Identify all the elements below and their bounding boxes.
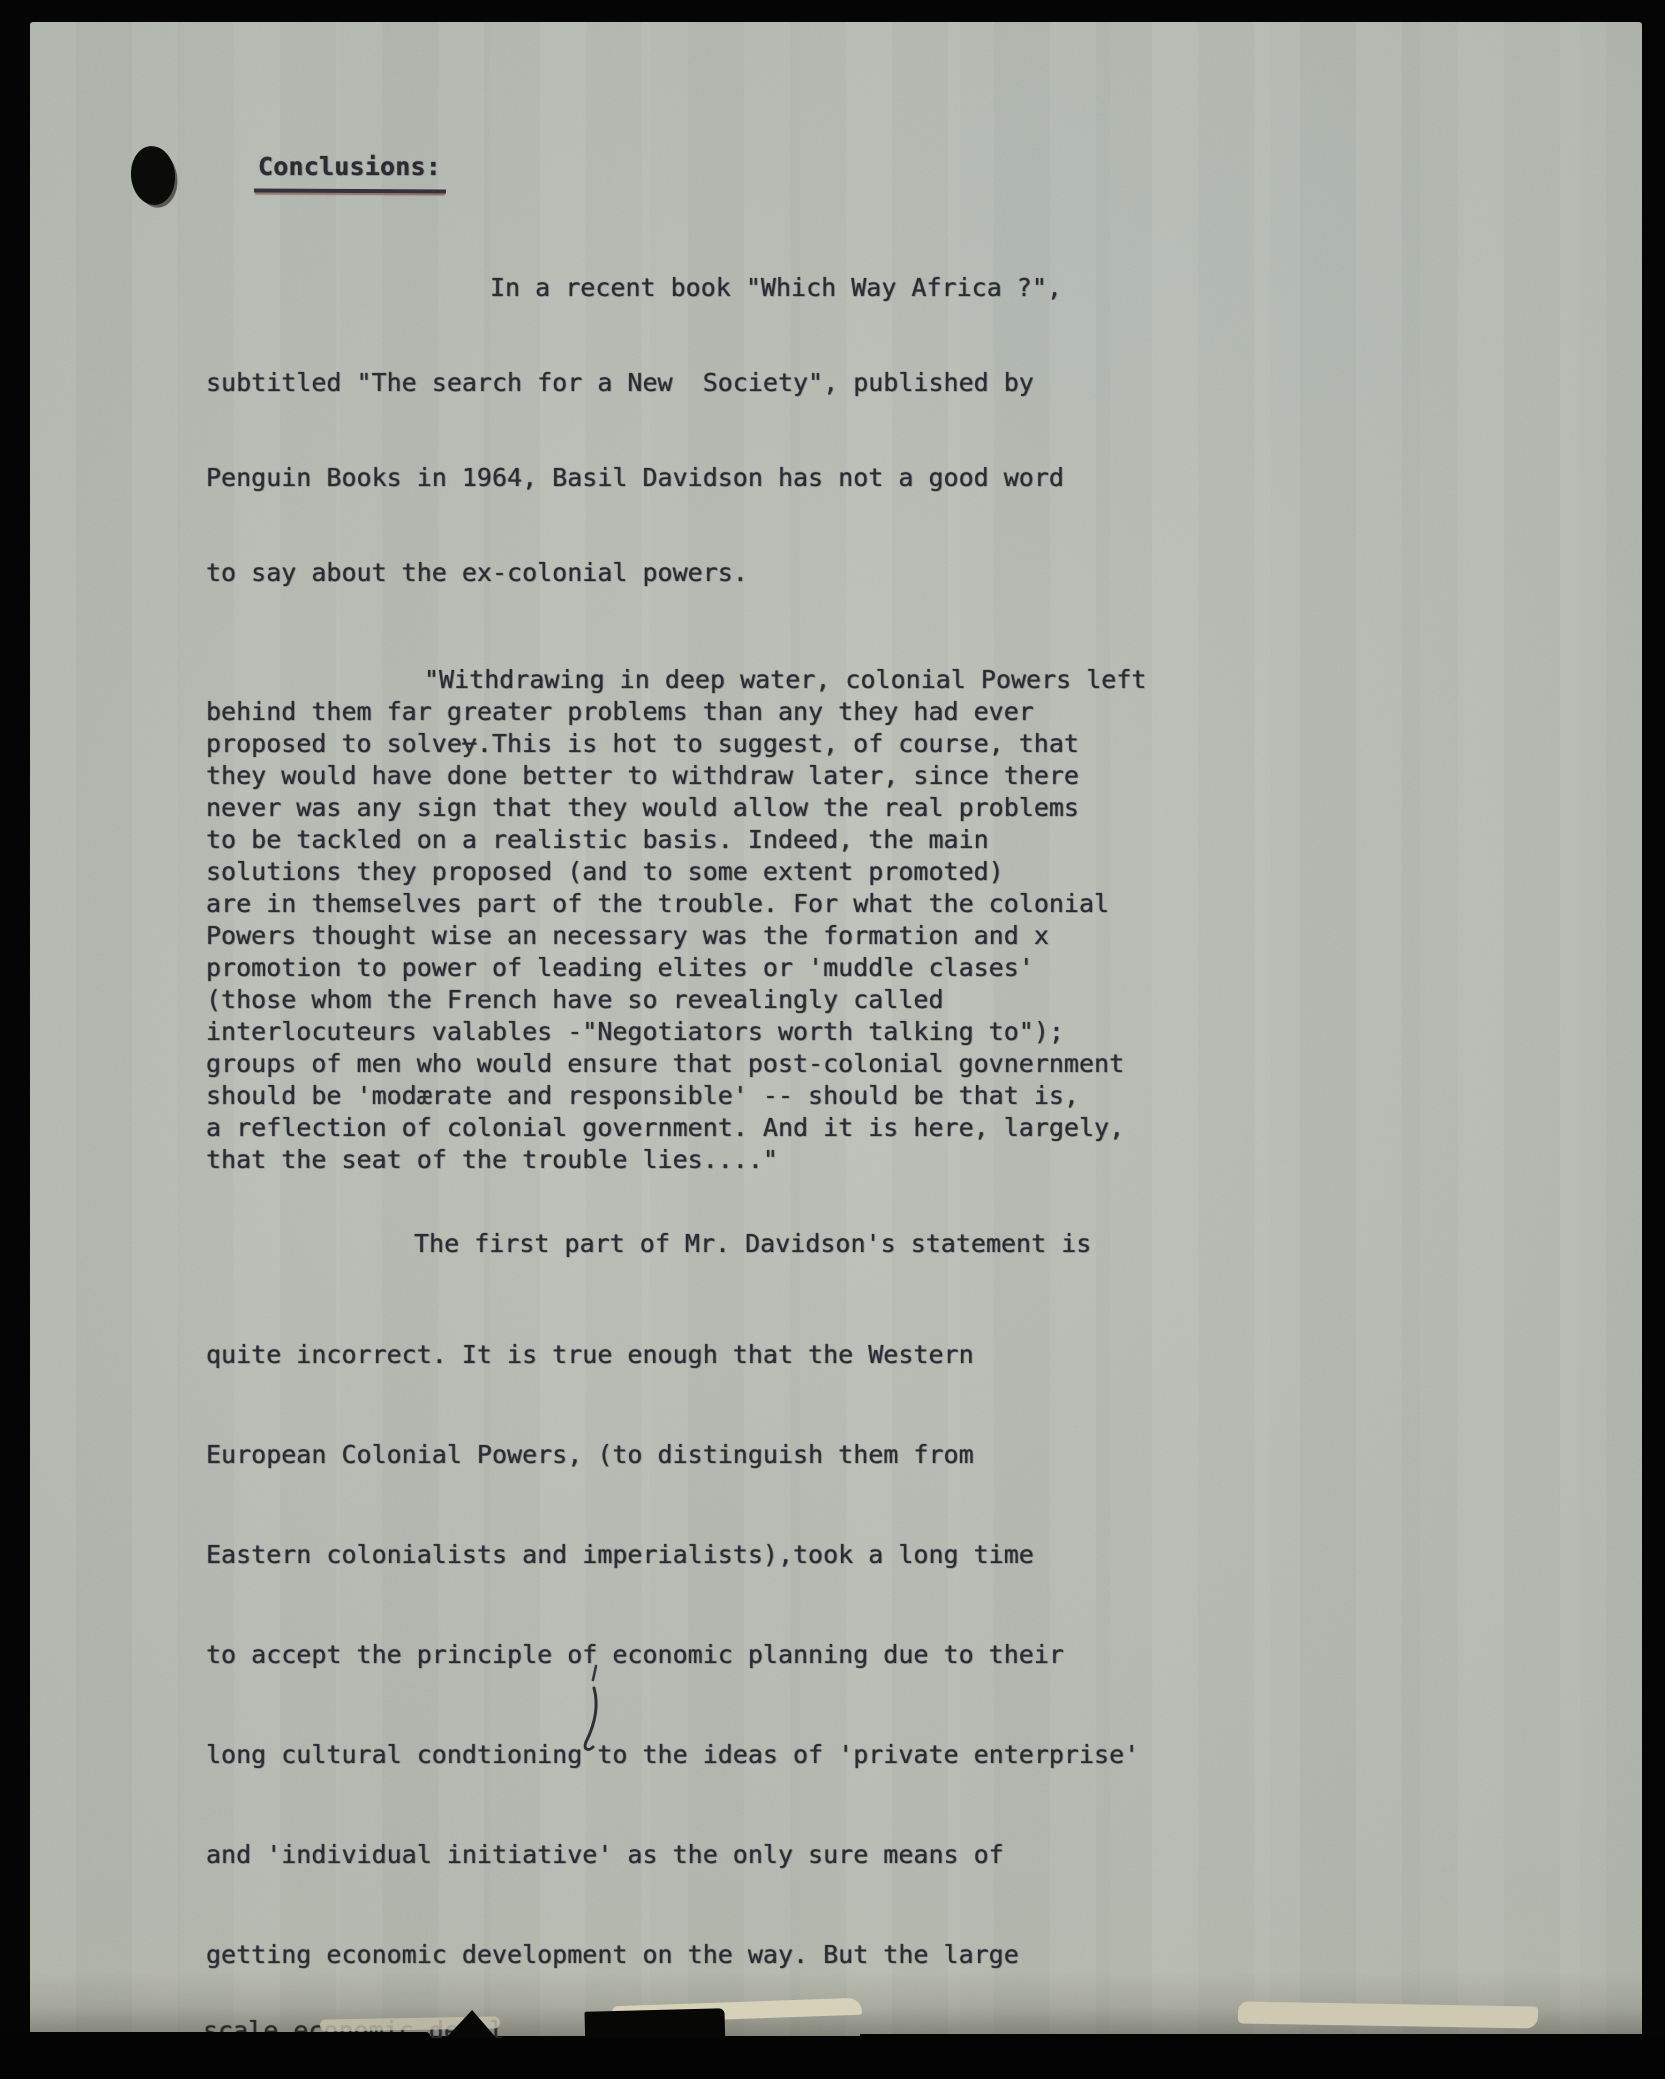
text-line: solutions they proposed (and to some ext…	[206, 856, 1146, 888]
text-line: Powers thought wise an necessary was the…	[206, 920, 1146, 952]
text-line: behind them far greater problems than an…	[206, 696, 1146, 728]
text-line: getting economic development on the way.…	[206, 1905, 1139, 2005]
text-line: interlocuteurs valables -"Negotiators wo…	[206, 1016, 1146, 1048]
text-line: long cultural condtioning to the ideas o…	[206, 1705, 1139, 1805]
text-line: to say about the ex-colonial powers.	[206, 525, 1064, 620]
text-line: proposed to solveɏ.This is hot to sugges…	[206, 728, 1146, 760]
text-line: are in themselves part of the trouble. F…	[206, 888, 1146, 920]
text-line: never was any sign that they would allow…	[206, 792, 1146, 824]
document-title: Conclusions:	[258, 152, 441, 182]
text-line: quite incorrect. It is true enough that …	[206, 1305, 1139, 1405]
paragraph-2-intro: The first part of Mr. Davidson's stateme…	[206, 1228, 1091, 1260]
bottom-black-band	[0, 2038, 1665, 2079]
paragraph-1: In a recent book "Which Way Africa ?",su…	[206, 240, 1064, 620]
block-quote: "Withdrawing in deep water, colonial Pow…	[206, 664, 1146, 1176]
text-line: subtitled "The search for a New Society"…	[206, 335, 1064, 430]
text-line: European Colonial Powers, (to distinguis…	[206, 1405, 1139, 1505]
text-line: groups of men who would ensure that post…	[206, 1048, 1146, 1080]
text-line: Eastern colonialists and imperialists),t…	[206, 1505, 1139, 1605]
text-line: a reflection of colonial government. And…	[206, 1112, 1146, 1144]
text-line: they would have done better to withdraw …	[206, 760, 1146, 792]
text-line: and 'individual initiative' as the only …	[206, 1805, 1139, 1905]
text-line: to be tackled on a realistic basis. Inde…	[206, 824, 1146, 856]
paragraph-2: quite incorrect. It is true enough that …	[206, 1305, 1139, 2005]
text-line: to accept the principle of economic plan…	[206, 1605, 1139, 1705]
text-line: The first part of Mr. Davidson's stateme…	[206, 1228, 1091, 1260]
text-line: Penguin Books in 1964, Basil Davidson ha…	[206, 430, 1064, 525]
text-line: should be 'modærate and responsible' -- …	[206, 1080, 1146, 1112]
text-line: "Withdrawing in deep water, colonial Pow…	[206, 664, 1146, 696]
text-line: In a recent book "Which Way Africa ?",	[206, 240, 1064, 335]
scanned-document-page: Conclusions: In a recent book "Which Way…	[0, 0, 1665, 2079]
text-line: promotion to power of leading elites or …	[206, 952, 1146, 984]
text-line: (those whom the French have so revealing…	[206, 984, 1146, 1016]
text-line: that the seat of the trouble lies...."	[206, 1144, 1146, 1176]
